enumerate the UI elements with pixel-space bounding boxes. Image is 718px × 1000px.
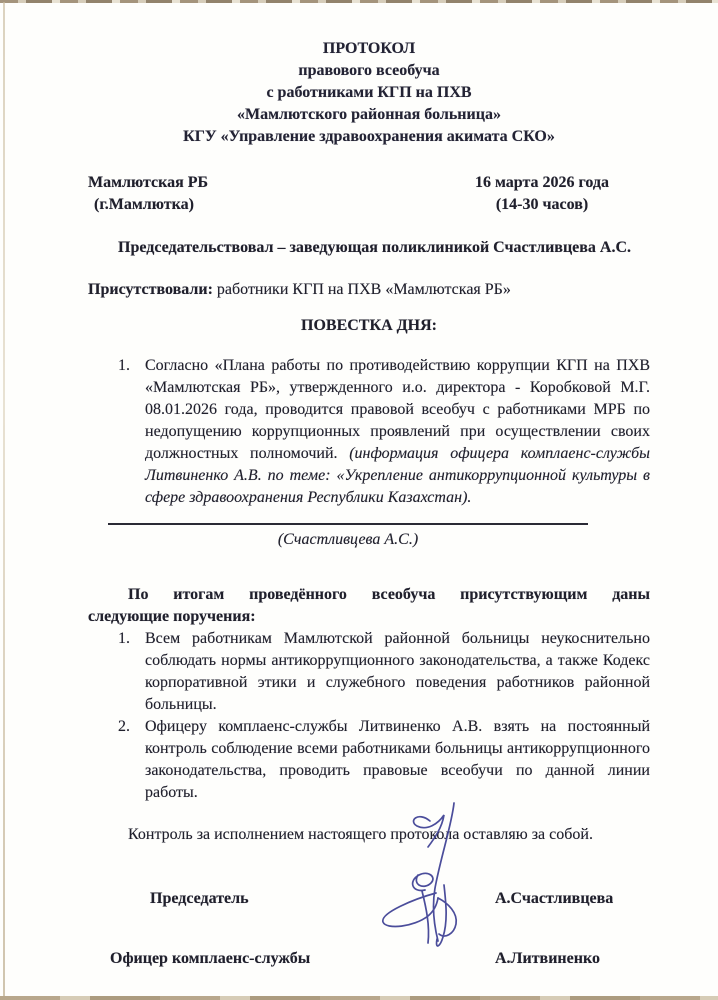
- signature-role-officer: Офицер комплаенс-службы: [110, 950, 310, 967]
- attendees-label: Присутствовали:: [88, 281, 213, 298]
- control-line: Контроль за исполнением настоящего прото…: [88, 824, 650, 846]
- meeting-date: 16 марта 2026 года: [442, 172, 642, 194]
- resolution-item-2-number: 2.: [118, 716, 145, 804]
- resolution-item-2-text: Офицеру комплаенс-службы Литвиненко А.В.…: [145, 716, 650, 804]
- document-page: ПРОТОКОЛ правового всеобуча с работникам…: [0, 0, 718, 1000]
- title-line-4: «Мамлютского районная больница»: [88, 104, 650, 126]
- chairman-line: Председательствовал – заведующая поликли…: [88, 237, 650, 259]
- scan-edge-top: [0, 0, 718, 3]
- organization-block: Мамлютская РБ (г.Мамлютка): [88, 172, 208, 216]
- handwritten-signature-ink: [372, 795, 472, 957]
- title-line-3: с работниками КГП на ПХВ: [88, 82, 650, 104]
- document-content: ПРОТОКОЛ правового всеобуча с работникам…: [88, 38, 650, 970]
- resolution-item-1: 1. Всем работникам Мамлютской районной б…: [88, 628, 650, 716]
- meeting-time: (14-30 часов): [442, 194, 642, 216]
- signature-block: Председатель А.Счастливцева Офицер компл…: [88, 888, 650, 970]
- resolution-intro-line-1: По итогам проведённого всеобуча присутст…: [88, 584, 650, 606]
- title-line-5: КГУ «Управление здравоохранения акимата …: [88, 126, 650, 148]
- scan-edge-left: [3, 2, 5, 996]
- signature-role-chairman: Председатель: [150, 890, 249, 907]
- signature-row-chairman: Председатель А.Счастливцева: [88, 888, 650, 910]
- resolution-item-1-number: 1.: [118, 628, 145, 716]
- attendees-line: Присутствовали: работники КГП на ПХВ «Ма…: [88, 279, 650, 301]
- signature-row-officer: Офицер комплаенс-службы А.Литвиненко: [88, 948, 650, 970]
- title-line-2: правового всеобуча: [88, 60, 650, 82]
- signature-name-officer: А.Литвиненко: [495, 948, 600, 970]
- speaker-divider-line: [108, 523, 588, 525]
- organization-name: Мамлютская РБ: [88, 172, 208, 194]
- date-block: 16 марта 2026 года (14-30 часов): [442, 172, 642, 216]
- agenda-heading: ПОВЕСТКА ДНЯ:: [88, 315, 650, 337]
- agenda-item-1-number: 1.: [118, 355, 145, 509]
- resolution-item-1-text: Всем работникам Мамлютской районной боль…: [145, 628, 650, 716]
- agenda-item-1-text: Согласно «Плана работы по противодействи…: [145, 355, 650, 509]
- signature-name-chairman: А.Счастливцева: [495, 888, 613, 910]
- organization-city: (г.Мамлютка): [88, 194, 208, 216]
- speaker-name: (Счастливцева А.С.): [108, 529, 588, 551]
- resolution-intro-line-2: следующие поручения:: [88, 606, 650, 628]
- agenda-item-1: 1. Согласно «Плана работы по противодейс…: [88, 355, 650, 509]
- scan-edge-bottom: [0, 996, 718, 1000]
- meta-row: Мамлютская РБ (г.Мамлютка) 16 марта 2026…: [88, 172, 650, 216]
- attendees-value: работники КГП на ПХВ «Мамлютская РБ»: [213, 281, 511, 298]
- title-line-1: ПРОТОКОЛ: [88, 38, 650, 60]
- document-title: ПРОТОКОЛ правового всеобуча с работникам…: [88, 38, 650, 148]
- resolution-intro: По итогам проведённого всеобуча присутст…: [88, 584, 650, 628]
- resolution-item-2: 2. Офицеру комплаенс-службы Литвиненко А…: [88, 716, 650, 804]
